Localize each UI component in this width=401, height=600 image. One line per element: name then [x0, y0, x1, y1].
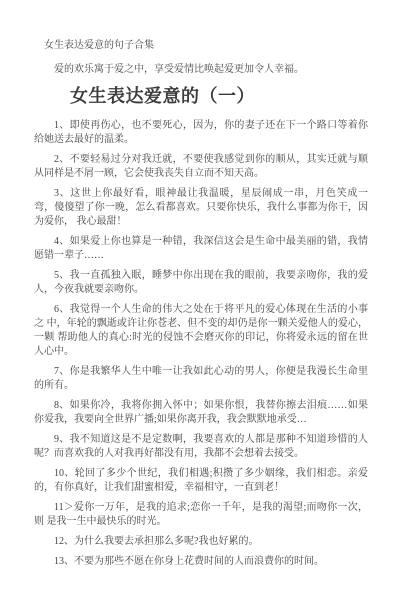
sentence-item: 9、我不知道这是不是定数啊，我要喜欢的人都是那种不知道珍惜的人呢？而喜欢我的人对…	[34, 433, 368, 461]
sentence-item: 3、这世上你最好看，眼神最让我温暖，星辰闹成一串，月色笑成一弯，傻傻望了你一晚，…	[34, 187, 368, 229]
sentence-item: 6、我觉得一个人生命的伟大之处在于将平凡的爱心体现在生活的小事之 中，年轮的飘逝…	[34, 303, 368, 359]
section-heading: 女生表达爱意的（一）	[34, 84, 368, 108]
doc-title: 女生表达爱意的句子合集	[34, 39, 368, 53]
sentence-item: 10、轮回了多少个世纪，我们相遇;积攒了多少姻缘，我们相恋。亲爱的，有你真好，让…	[34, 467, 368, 495]
epigraph: 爱的欢乐寓于爱之中，享受爱情比唤起爱更加令人幸福。	[34, 63, 368, 77]
sentence-item: 12、为什么我要去承担那么多呢?我也好累的。	[34, 535, 368, 549]
sentence-item: 13、不要为那些不愿在你身上花费时间的人而浪费你的时间。	[34, 555, 368, 569]
document-page: 女生表达爱意的句子合集 爱的欢乐寓于爱之中，享受爱情比唤起爱更加令人幸福。 女生…	[0, 0, 401, 600]
sentence-list: 1、即使再伤心，也不要死心，因为，你的妻子还在下一个路口等着你给她送去最好的温柔…	[34, 119, 368, 569]
sentence-item: 7、你是我繁华人生中唯一让我如此心动的男人，你便是我漫长生命里的所有。	[34, 365, 368, 393]
sentence-item: 11＞爱你一万年，是我的追求;恋你一千年，是我的渴望;而吻你一次，则 是我一生中…	[34, 501, 368, 529]
sentence-item: 4、如果爱上你也算是一种错，我深信这会是生命中最美丽的错，我情愿错一辈子……	[34, 235, 368, 263]
sentence-item: 2、不要轻易过分对我迁就，不要使我感觉到你的顺从，其实迁就与顺从同样是不屑一顾，…	[34, 153, 368, 181]
sentence-item: 5、我一直孤独入眠，睡梦中你出现在我的眼前，我要亲吻你，我的爱人，今夜我就要亲吻…	[34, 269, 368, 297]
sentence-item: 1、即使再伤心，也不要死心，因为，你的妻子还在下一个路口等着你给她送去最好的温柔…	[34, 119, 368, 147]
sentence-item: 8、如果你冷，我将你拥入怀中；如果你恨，我替你擦去泪痕……如果你爱我，我要向全世…	[34, 399, 368, 427]
